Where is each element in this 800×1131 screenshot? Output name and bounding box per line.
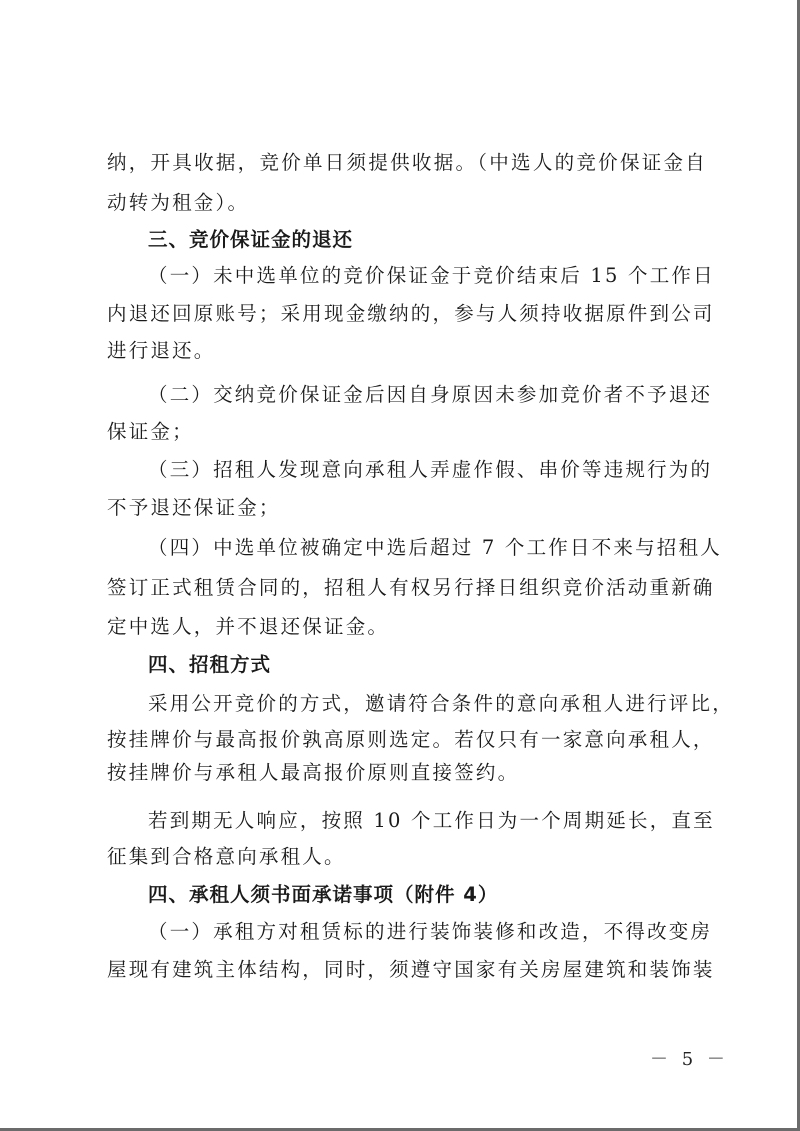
paragraph-line: 屋现有建筑主体结构，同时，须遵守国家有关房屋建筑和装饰装: [107, 958, 707, 982]
paragraph-line: 定中选人，并不退还保证金。: [107, 615, 707, 639]
paragraph-line: （二）交纳竞价保证金后因自身原因未参加竞价者不予退还: [148, 383, 708, 407]
paragraph-line: 采用公开竞价的方式，邀请符合条件的意向承租人进行评比，: [148, 692, 708, 716]
page-number: － 5 －: [650, 1045, 729, 1071]
paragraph-line: 不予退还保证金；: [107, 496, 707, 520]
section-heading-3: 三、竞价保证金的退还: [148, 228, 708, 252]
paragraph-line: （三）招租人发现意向承租人弄虚作假、串价等违规行为的: [148, 458, 708, 482]
paragraph-line: 保证金；: [107, 420, 707, 444]
paragraph-line: 按挂牌价与承租人最高报价原则直接签约。: [107, 761, 707, 785]
paragraph-line: 签订正式租赁合同的，招租人有权另行择日组织竞价活动重新确: [107, 576, 707, 600]
paragraph-line: 若到期无人响应，按照 10 个工作日为一个周期延长，直至: [148, 809, 708, 833]
paragraph-line: 征集到合格意向承租人。: [107, 845, 707, 869]
section-heading-4b: 四、承租人须书面承诺事项（附件 4）: [148, 883, 708, 907]
paragraph-line: 动转为租金）。: [107, 191, 707, 215]
paragraph-line: 内退还回原账号；采用现金缴纳的，参与人须持收据原件到公司: [107, 302, 707, 326]
paragraph-line: （一）未中选单位的竞价保证金于竞价结束后 15 个工作日: [148, 264, 708, 288]
paragraph-line: （四）中选单位被确定中选后超过 7 个工作日不来与招租人: [148, 536, 708, 560]
paragraph-line: 按挂牌价与最高报价孰高原则选定。若仅只有一家意向承租人，: [107, 728, 707, 752]
paragraph-line: 进行退还。: [107, 339, 707, 363]
document-page: 纳，开具收据，竞价单日须提供收据。（中选人的竞价保证金自 动转为租金）。 三、竞…: [0, 0, 797, 1128]
section-heading-4: 四、招租方式: [148, 653, 708, 677]
paragraph-line: 纳，开具收据，竞价单日须提供收据。（中选人的竞价保证金自: [107, 151, 707, 175]
paragraph-line: （一）承租方对租赁标的进行装饰装修和改造，不得改变房: [148, 920, 708, 944]
